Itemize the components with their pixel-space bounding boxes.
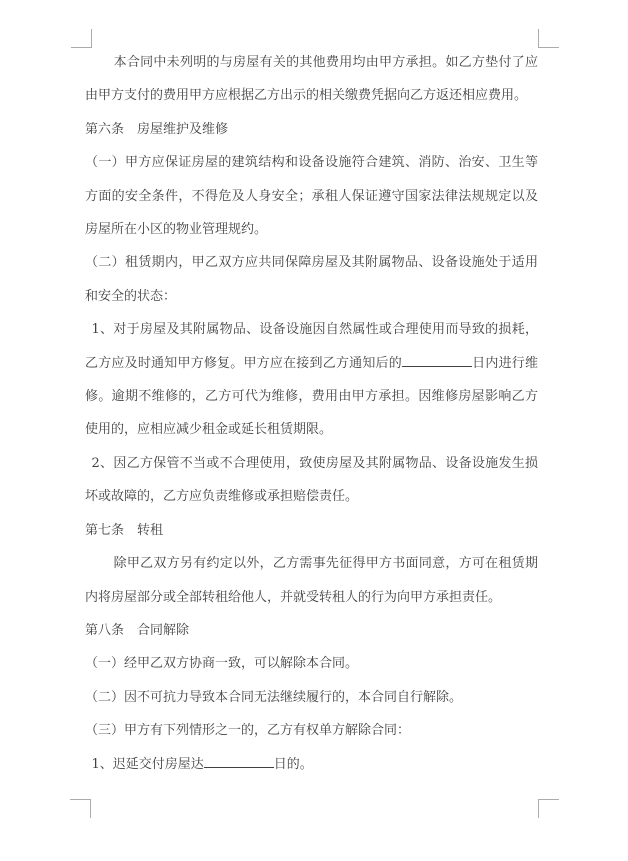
paragraph: 1、迟延交付房屋达日的。 xyxy=(85,748,538,781)
paragraph: （二）因不可抗力导致本合同无法继续履行的，本合同自行解除。 xyxy=(85,681,538,714)
section-heading: 第六条 房屋维护及维修 xyxy=(85,113,538,146)
paragraph: （一）经甲乙双方协商一致，可以解除本合同。 xyxy=(85,647,538,680)
blank-fill-in-field[interactable] xyxy=(402,353,472,366)
paragraph: 1、对于房屋及其附属物品、设备设施因自然属性或合理使用而导致的损耗，乙方应及时通… xyxy=(85,313,538,447)
paragraph: 本合同中未列明的与房屋有关的其他费用均由甲方承担。如乙方垫付了应由甲方支付的费用… xyxy=(85,46,538,113)
document-body: 本合同中未列明的与房屋有关的其他费用均由甲方承担。如乙方垫付了应由甲方支付的费用… xyxy=(85,46,538,781)
blank-fill-in-field[interactable] xyxy=(204,754,274,767)
paragraph: 2、因乙方保管不当或不合理使用，致使房屋及其附属物品、设备设施发生损坏或故障的，… xyxy=(85,447,538,514)
document-page: 本合同中未列明的与房屋有关的其他费用均由甲方承担。如乙方垫付了应由甲方支付的费用… xyxy=(0,0,628,861)
section-heading: 第八条 合同解除 xyxy=(85,614,538,647)
crop-mark-top-right-icon xyxy=(538,29,559,48)
paragraph: 除甲乙双方另有约定以外，乙方需事先征得甲方书面同意，方可在租赁期内将房屋部分或全… xyxy=(85,547,538,614)
section-heading: 第七条 转租 xyxy=(85,514,538,547)
crop-mark-bottom-left-icon xyxy=(70,799,91,818)
paragraph: （三）甲方有下列情形之一的，乙方有权单方解除合同： xyxy=(85,714,538,747)
crop-mark-bottom-right-icon xyxy=(538,799,559,818)
paragraph: （二）租赁期内，甲乙双方应共同保障房屋及其附属物品、设备设施处于适用和安全的状态… xyxy=(85,246,538,313)
paragraph: （一）甲方应保证房屋的建筑结构和设备设施符合建筑、消防、治安、卫生等方面的安全条… xyxy=(85,146,538,246)
